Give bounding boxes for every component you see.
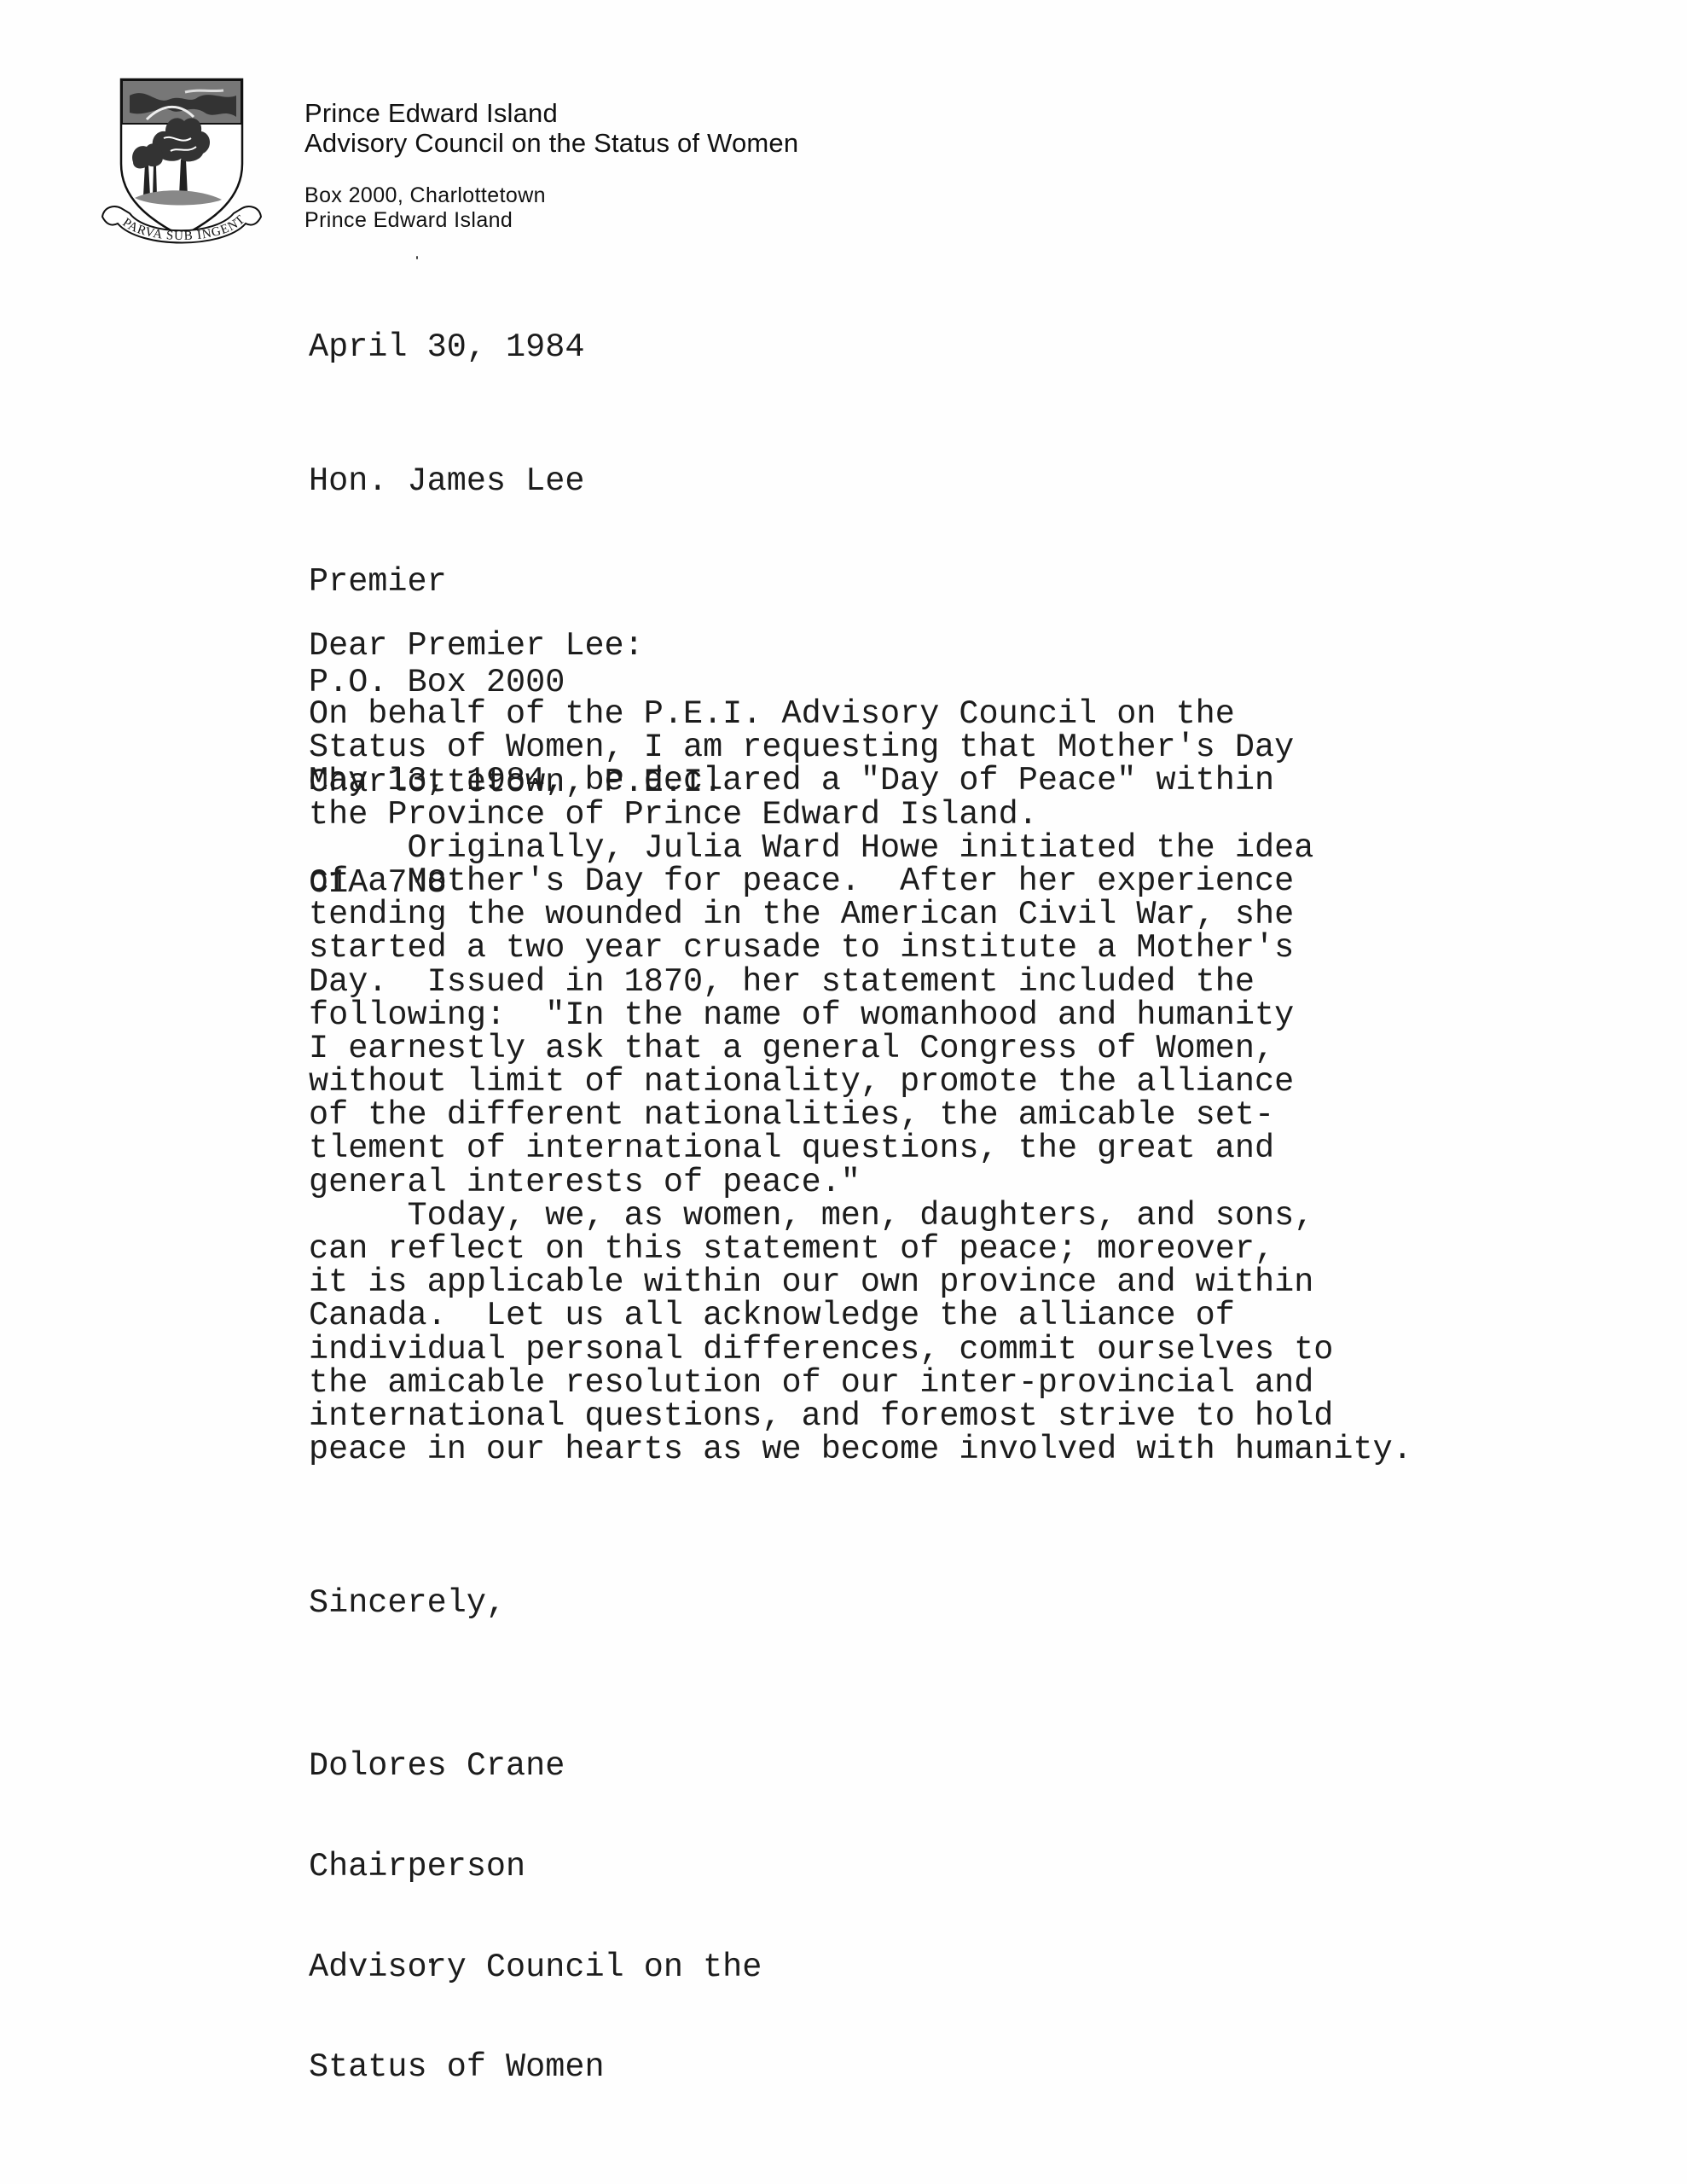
signature-block: Dolores Crane Chairperson Advisory Counc…: [309, 1683, 762, 2152]
closing: Sincerely,: [309, 1587, 506, 1620]
signature-line: Chairperson: [309, 1850, 762, 1884]
body-line: following: "In the name of womanhood and…: [309, 999, 1412, 1032]
letter-page: PARVA SUB INGENTI Prince Edward Island A…: [0, 0, 1687, 2184]
body-line: Status of Women, I am requesting that Mo…: [309, 731, 1412, 764]
body-line: general interests of peace.": [309, 1166, 1412, 1199]
organization-line: Advisory Council on the Status of Women: [304, 128, 798, 158]
recipient-line: Premier: [309, 566, 722, 599]
body-line: Day. Issued in 1870, her statement inclu…: [309, 966, 1412, 999]
body-line: can reflect on this statement of peace; …: [309, 1233, 1412, 1266]
body-line: the Province of Prince Edward Island.: [309, 799, 1412, 832]
signature-line: Status of Women: [309, 2051, 762, 2084]
body-line: Today, we, as women, men, daughters, and…: [309, 1199, 1412, 1233]
body-line: Canada. Let us all acknowledge the allia…: [309, 1299, 1412, 1333]
body-line: I earnestly ask that a general Congress …: [309, 1032, 1412, 1066]
body-line: the amicable resolution of our inter-pro…: [309, 1367, 1412, 1400]
body-line: tending the wounded in the American Civi…: [309, 898, 1412, 932]
recipient-line: Hon. James Lee: [309, 465, 722, 498]
body-line: it is applicable within our own province…: [309, 1266, 1412, 1299]
body-line: May 13, 1984, be declared a "Day of Peac…: [309, 764, 1412, 798]
body-line: On behalf of the P.E.I. Advisory Council…: [309, 698, 1412, 731]
signature-line: Dolores Crane: [309, 1750, 762, 1783]
organization-line: Prince Edward Island: [304, 98, 798, 128]
address-line: Box 2000, Charlottetown: [304, 183, 546, 208]
paper-speck: [416, 256, 418, 259]
recipient-line: P.O. Box 2000: [309, 666, 722, 700]
coat-of-arms-icon: PARVA SUB INGENTI: [96, 70, 266, 258]
signature-line: Advisory Council on the: [309, 1951, 762, 1984]
organization-name: Prince Edward Island Advisory Council on…: [304, 98, 798, 158]
body-line: of a Mother's Day for peace. After her e…: [309, 865, 1412, 898]
body-line: started a two year crusade to institute …: [309, 932, 1412, 965]
body-line: tlement of international questions, the …: [309, 1132, 1412, 1165]
address-line: Prince Edward Island: [304, 208, 546, 233]
letter-body: On behalf of the P.E.I. Advisory Council…: [309, 698, 1412, 1467]
body-line: peace in our hearts as we become involve…: [309, 1433, 1412, 1467]
letter-date: April 30, 1984: [309, 331, 584, 364]
salutation: Dear Premier Lee:: [309, 630, 644, 663]
body-line: international questions, and foremost st…: [309, 1400, 1412, 1433]
paper-speck: [429, 1959, 432, 1963]
body-line: individual personal differences, commit …: [309, 1333, 1412, 1367]
body-line: of the different nationalities, the amic…: [309, 1099, 1412, 1132]
organization-address: Box 2000, Charlottetown Prince Edward Is…: [304, 183, 546, 233]
body-line: without limit of nationality, promote th…: [309, 1066, 1412, 1099]
body-line: Originally, Julia Ward Howe initiated th…: [309, 832, 1412, 865]
